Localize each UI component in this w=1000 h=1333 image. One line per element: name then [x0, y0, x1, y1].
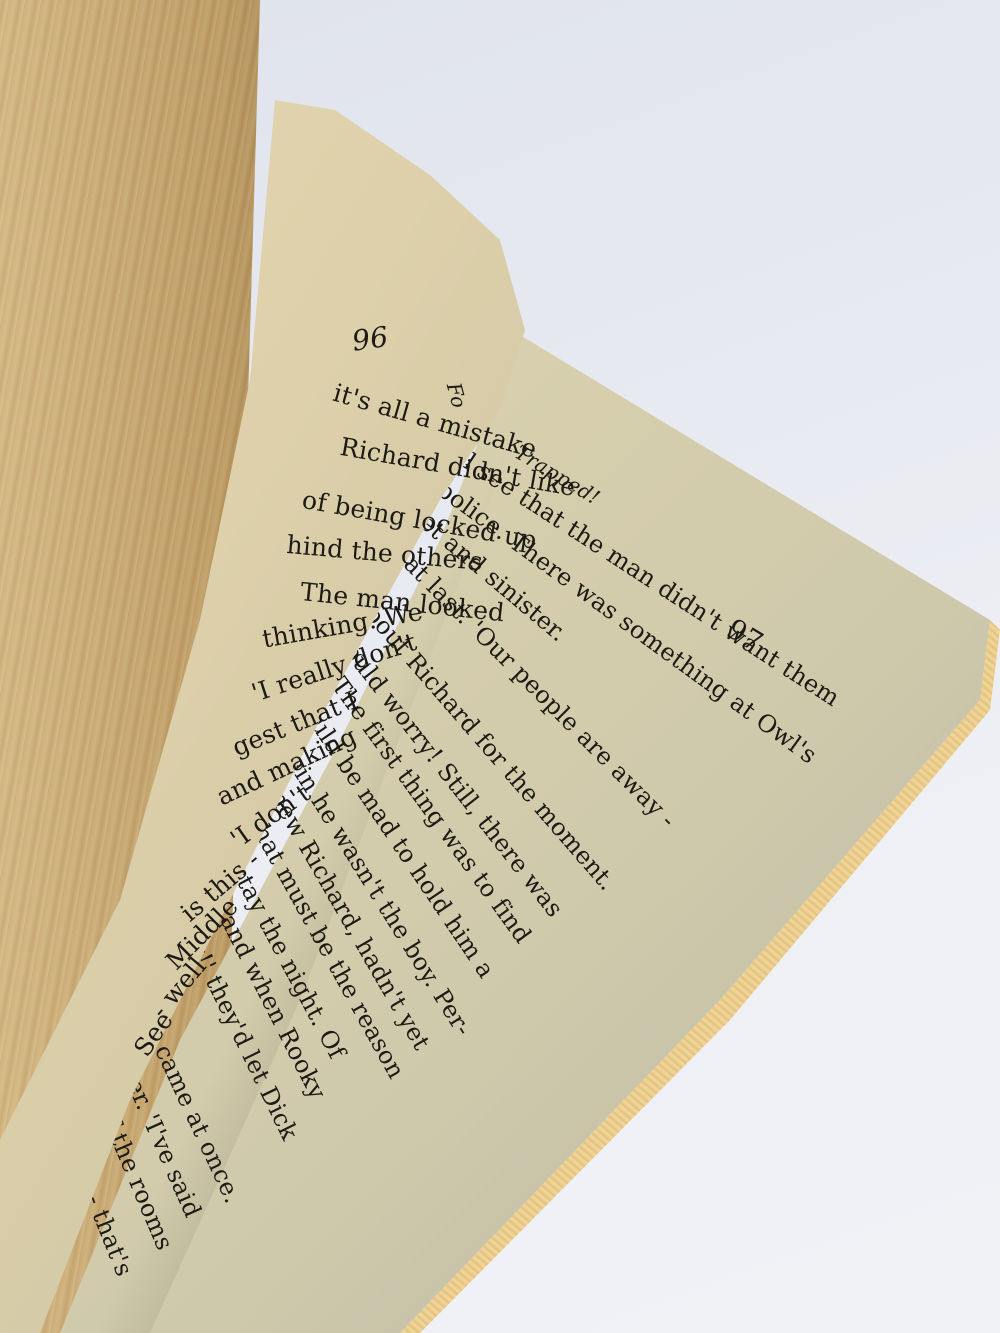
photo-scene: Trapped! 97 'll see that the man didn't …: [0, 0, 1000, 1333]
page-number-96: 96: [350, 320, 390, 358]
